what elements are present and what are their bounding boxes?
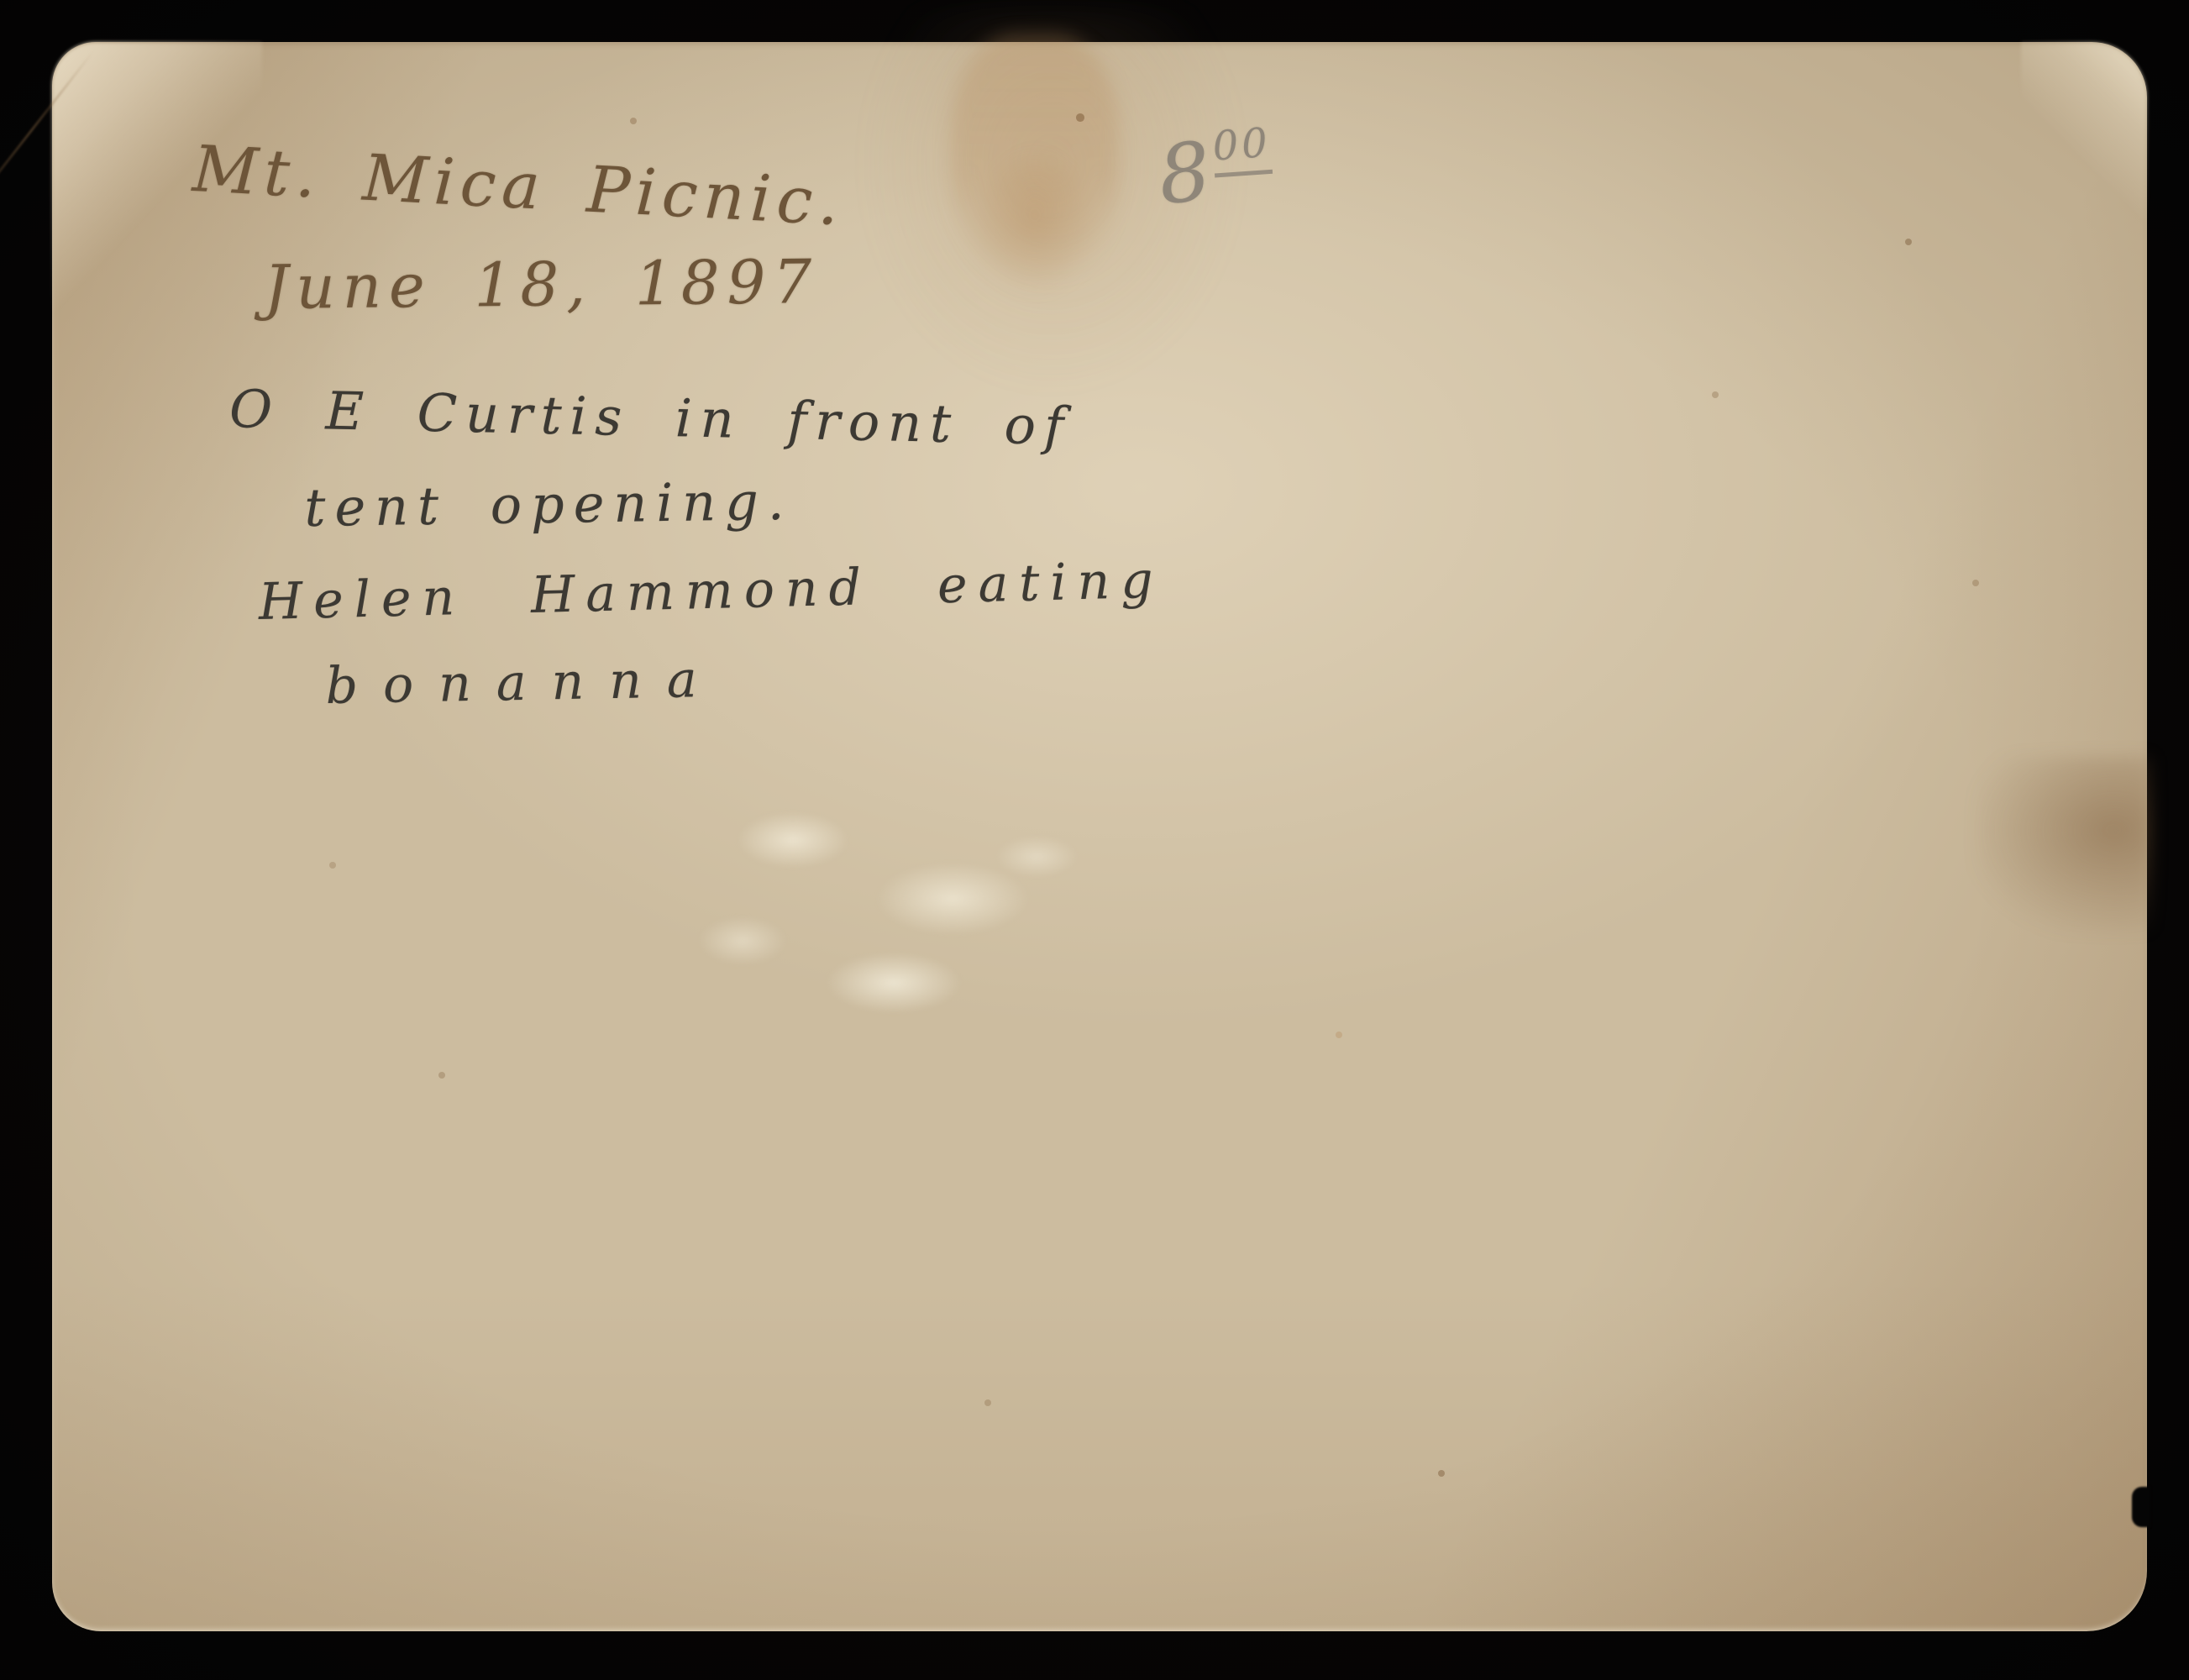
photo-scan-background: Mt. Mica Picnic. June 18, 1897 800 O E C…	[0, 0, 2189, 1680]
pencil-price-note: 800	[1154, 118, 1278, 223]
handwritten-caption-line-3: Helen Hammond eating	[258, 551, 1164, 632]
photo-card-verso: Mt. Mica Picnic. June 18, 1897 800 O E C…	[52, 42, 2147, 1631]
handwritten-caption-line-4: bonanna	[325, 650, 722, 716]
foxing-speckles	[52, 42, 55, 45]
abrasion-white-patch	[675, 781, 1146, 1058]
handwritten-date: June 18, 1897	[264, 246, 820, 323]
worn-corner-top-right	[2021, 42, 2147, 235]
edge-notch-right	[2132, 1487, 2150, 1527]
handwritten-caption-line-2: tent opening.	[304, 470, 794, 538]
handwritten-title: Mt. Mica Picnic.	[191, 131, 846, 240]
corner-crease-line	[0, 50, 94, 250]
foxing-stain-right-edge	[1976, 756, 2152, 932]
price-dollars: 8	[1154, 124, 1215, 223]
handwritten-caption-line-1: O E Curtis in front of	[228, 378, 1072, 457]
water-drip-stain	[951, 34, 1119, 294]
price-cents: 00	[1211, 119, 1273, 178]
